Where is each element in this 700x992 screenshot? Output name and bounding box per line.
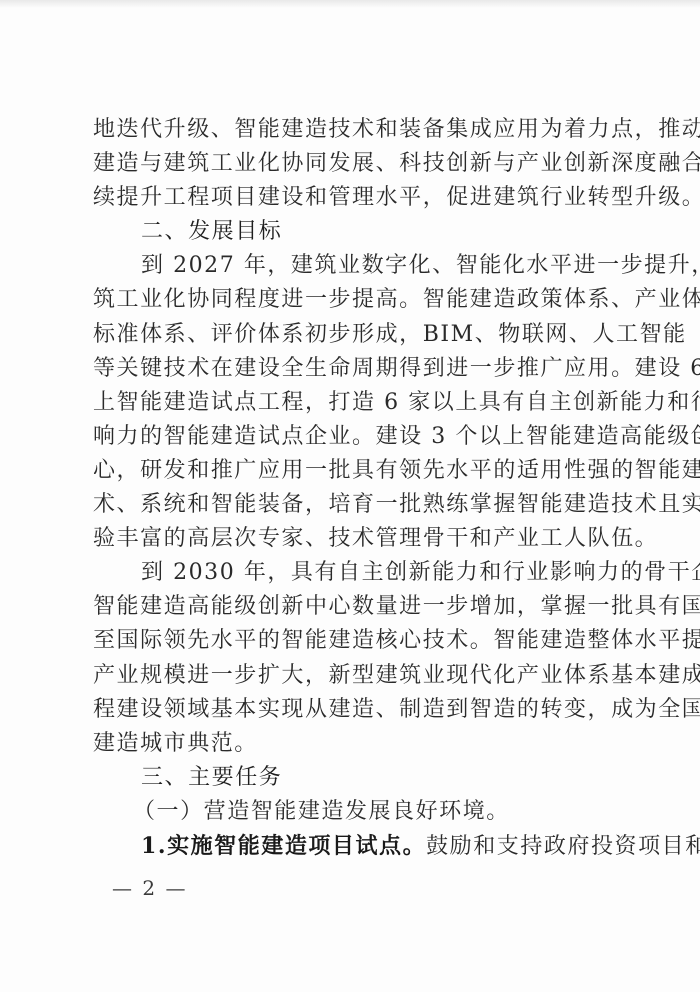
text-line: 程建设领域基本实现从建造、制造到智造的转变，成为全国智能 [93,693,617,727]
document-body: 地迭代升级、智能建造技术和装备集成应用为着力点，推动智能 建造与建筑工业化协同发… [93,113,617,863]
section-heading-main-tasks: 三、主要任务 [93,761,617,795]
text-line: 建造与建筑工业化协同发展、科技创新与产业创新深度融合，持 [93,147,617,181]
text-line: 续提升工程项目建设和管理水平，促进建筑行业转型升级。 [93,181,617,215]
document-page: 地迭代升级、智能建造技术和装备集成应用为着力点，推动智能 建造与建筑工业化协同发… [0,0,700,992]
paragraph-goals-2030: 到 2030 年，具有自主创新能力和行业影响力的骨干企业和 智能建造高能级创新中… [93,556,617,761]
text-line: 到 2027 年，建筑业数字化、智能化水平进一步提升，与建 [93,249,617,283]
task-item-1: 1.实施智能建造项目试点。鼓励和支持政府投资项目和社会 [93,829,617,863]
text-line: 产业规模进一步扩大，新型建筑业现代化产业体系基本建成。工 [93,659,617,693]
text-line: 心，研发和推广应用一批具有领先水平的适用性强的智能建造技 [93,454,617,488]
text-line: 术、系统和智能装备，培育一批熟练掌握智能建造技术且实践经 [93,488,617,522]
page-number: — 2 — [112,876,187,900]
text-line: 响力的智能建造试点企业。建设 3 个以上智能建造高能级创新中 [93,420,617,454]
text-line: 地迭代升级、智能建造技术和装备集成应用为着力点，推动智能 [93,113,617,147]
paragraph-goals-2027: 到 2027 年，建筑业数字化、智能化水平进一步提升，与建 筑工业化协同程度进一… [93,249,617,556]
text-line: 智能建造高能级创新中心数量进一步增加，掌握一批具有国内乃 [93,590,617,624]
text-line: 上智能建造试点工程，打造 6 家以上具有自主创新能力和行业影 [93,386,617,420]
subsection-heading: （一）营造智能建造发展良好环境。 [93,795,617,829]
text-line: 等关键技术在建设全生命周期得到进一步推广应用。建设 60 个以 [93,352,617,386]
text-line: 至国际领先水平的智能建造核心技术。智能建造整体水平提升， [93,624,617,658]
task-item-title: 1.实施智能建造项目试点。 [141,833,426,859]
task-item-text: 鼓励和支持政府投资项目和社会 [426,834,700,859]
text-line: 建造城市典范。 [93,727,617,761]
text-line: 标准体系、评价体系初步形成，BIM、物联网、人工智能（AI） [93,318,617,352]
paragraph-intro-continued: 地迭代升级、智能建造技术和装备集成应用为着力点，推动智能 建造与建筑工业化协同发… [93,113,617,215]
text-line: 到 2030 年，具有自主创新能力和行业影响力的骨干企业和 [93,556,617,590]
section-heading-development-goals: 二、发展目标 [93,215,617,249]
text-line: 筑工业化协同程度进一步提高。智能建造政策体系、产业体系、 [93,283,617,317]
text-line: 验丰富的高层次专家、技术管理骨干和产业工人队伍。 [93,522,617,556]
scan-edge [0,0,700,8]
